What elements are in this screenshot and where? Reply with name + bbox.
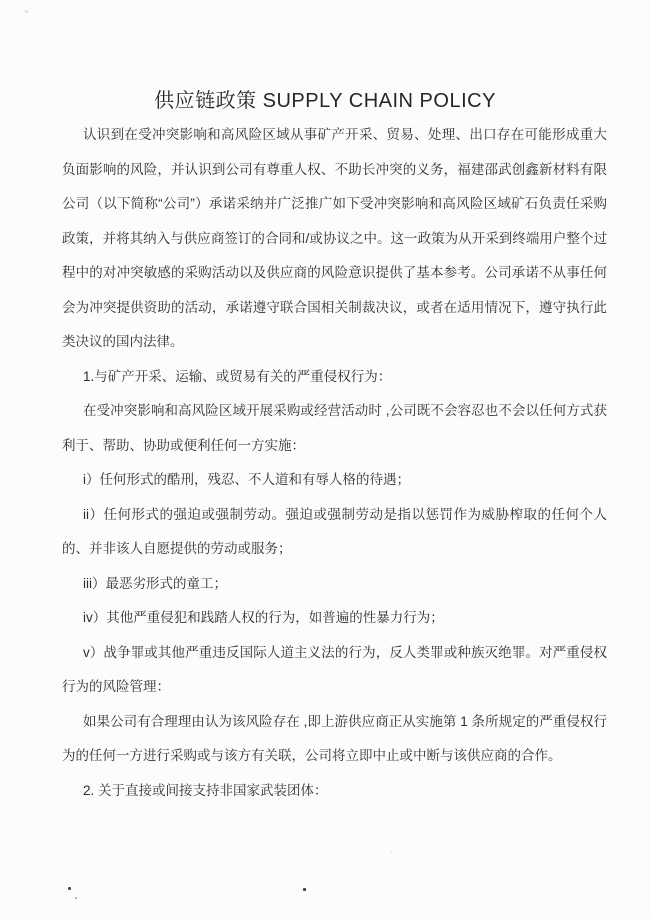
paragraph: iii）最恶劣形式的童工；: [62, 567, 607, 602]
scan-speck: [75, 897, 77, 899]
paragraph: v）战争罪或其他严重违反国际人道主义法的行为，反人类罪或种族灭绝罪。对严重侵权行…: [62, 636, 607, 705]
paragraph: 认识到在受冲突影响和高风险区域从事矿产开采、贸易、处理、出口存在可能形成重大负面…: [62, 118, 607, 360]
paragraph: i）任何形式的酷刑，残忍、不人道和有辱人格的待遇；: [62, 463, 607, 498]
paragraph: 如果公司有合理理由认为该风险存在 ,即上游供应商正从实施第 1 条所规定的严重侵…: [62, 705, 607, 774]
scan-speck: [303, 888, 306, 891]
paragraph: 在受冲突影响和高风险区域开展采购或经营活动时 ,公司既不会容忍也不会以任何方式获…: [62, 394, 607, 463]
document-title: 供应链政策 SUPPLY CHAIN POLICY: [0, 0, 650, 114]
scanned-document-page: 供应链政策 SUPPLY CHAIN POLICY 认识到在受冲突影响和高风险区…: [0, 0, 650, 919]
paragraph: ii）任何形式的强迫或强制劳动。强迫或强制劳动是指以惩罚作为威胁榨取的任何个人的…: [62, 498, 607, 567]
paragraph: 2. 关于直接或间接支持非国家武装团体：: [62, 774, 607, 809]
paragraph: 1.与矿产开采、运输、或贸易有关的严重侵权行为：: [62, 360, 607, 395]
document-body: 认识到在受冲突影响和高风险区域从事矿产开采、贸易、处理、出口存在可能形成重大负面…: [62, 118, 607, 808]
paragraph: iv）其他严重侵犯和践踏人权的行为，如普遍的性暴力行为；: [62, 601, 607, 636]
scan-speck: [68, 887, 71, 890]
scan-speck: [25, 10, 28, 13]
scan-speck: [390, 851, 392, 853]
